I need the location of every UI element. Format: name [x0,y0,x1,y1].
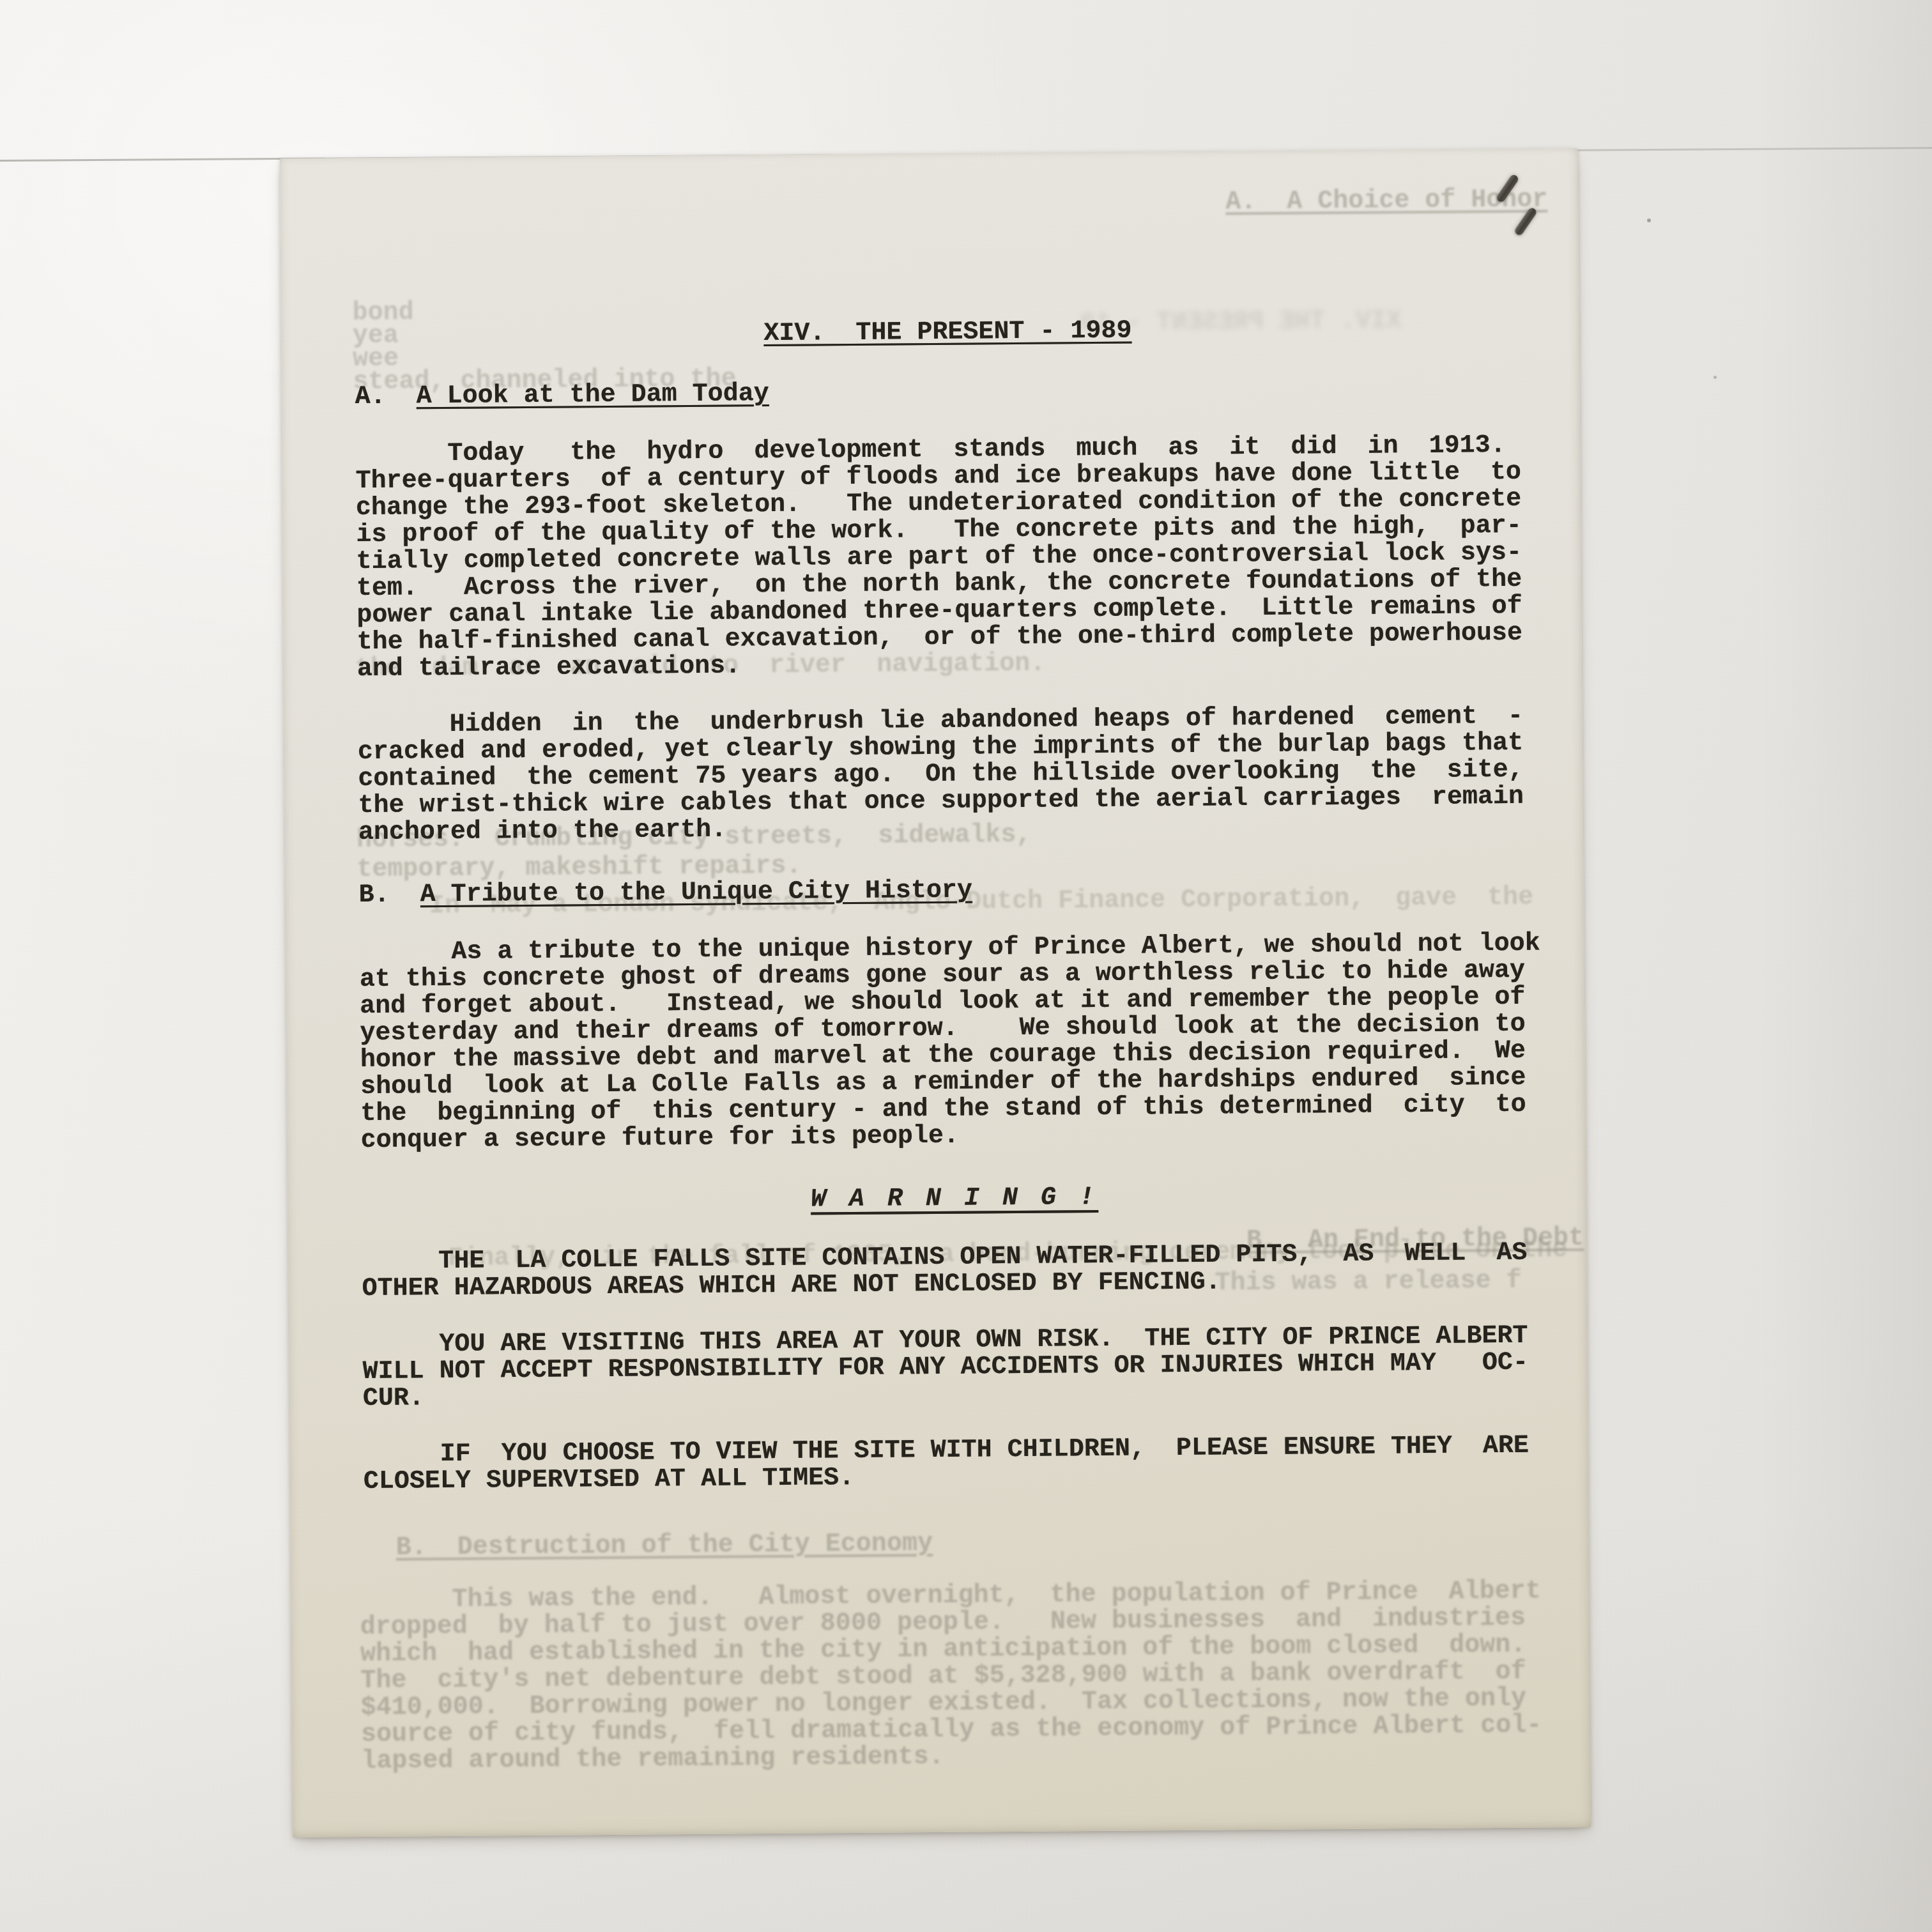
section-b-label: B. [359,882,420,909]
typewritten-content: XIV. THE PRESENT - 1989 A.A Look at the … [280,148,1588,1496]
ghost-text-bottom-paragraph: This was the end. Almost overnight, the … [360,1579,1542,1776]
section-b-heading-row: B.A Tribute to the Unique City History [359,873,1545,909]
paragraph-dam-today-2: Hidden in the underbrush lie abandoned h… [358,703,1545,847]
warning-paragraph-3: IF YOU CHOOSE TO VIEW THE SITE WITH CHIL… [363,1432,1550,1496]
ghost-text-destruction-heading: B. Destruction of the City Economy [396,1531,933,1562]
warning-heading: W A R N I N G ! [361,1181,1547,1217]
paragraph-dam-today-1: Today the hydro development stands much … [355,433,1544,684]
photo-scene: A. A Choice of Honor bond yea wee stead,… [0,0,1932,1932]
section-b-heading: A Tribute to the Unique City History [420,877,972,910]
warning-paragraph-1: THE LA COLLE FALLS SITE CONTAINS OPEN WA… [362,1239,1549,1303]
warning-paragraph-2: YOU ARE VISITING THIS AREA AT YOUR OWN R… [362,1322,1549,1413]
document-page: A. A Choice of Honor bond yea wee stead,… [280,148,1591,1837]
paragraph-tribute: As a tribute to the unique history of Pr… [359,930,1547,1154]
section-a-heading: A Look at the Dam Today [416,379,769,411]
page-title: XIV. THE PRESENT - 1989 [355,315,1541,351]
background-speck [1713,376,1717,379]
section-a-heading-row: A.A Look at the Dam Today [355,375,1541,411]
section-a-label: A. [355,383,416,411]
staple-icon [1497,172,1555,250]
background-speck [1647,218,1651,222]
